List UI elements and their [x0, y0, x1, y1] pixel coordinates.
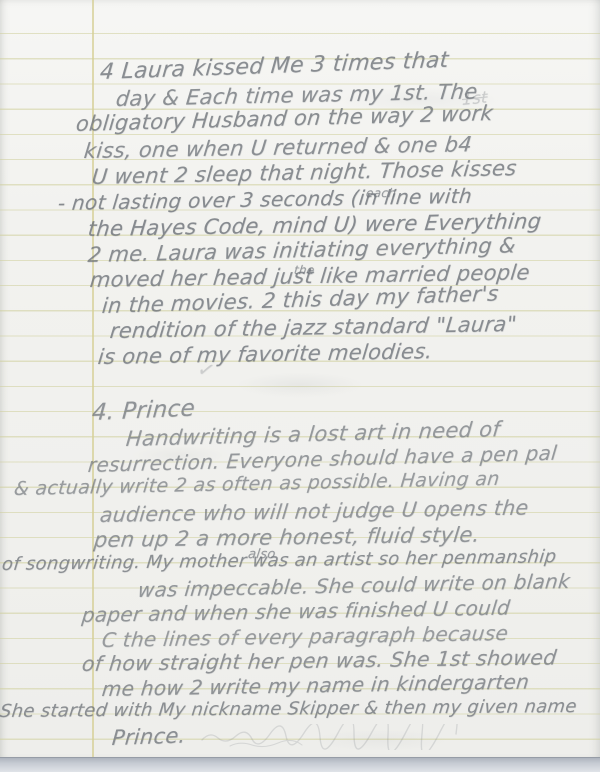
notebook-paper: 4 Laura kissed Me 3 times thatday & Each…	[0, 0, 600, 757]
section-heading: 4. Prince	[91, 395, 196, 426]
scanned-page: 4 Laura kissed Me 3 times thatday & Each…	[0, 0, 600, 772]
erased-text: 1st	[462, 87, 488, 109]
inserted-word: also	[247, 547, 276, 562]
scanner-shadow	[0, 757, 600, 772]
handwriting-line: Prince.	[111, 723, 187, 750]
inserted-word: the	[293, 263, 315, 277]
inserted-word: each	[365, 186, 397, 200]
